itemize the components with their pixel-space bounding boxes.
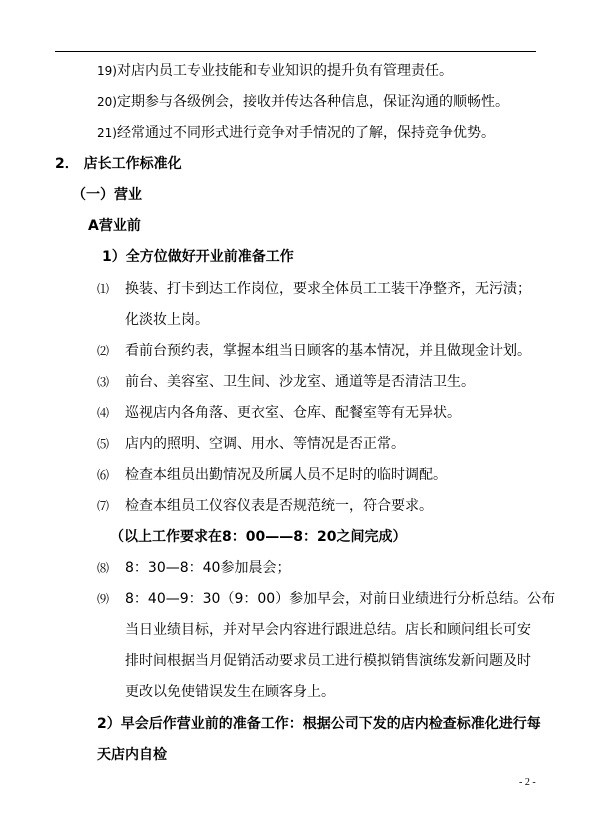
- task-number: ⑹: [97, 466, 125, 484]
- task-text: 前台、美容室、卫生间、沙龙室、通道等是否清洁卫生。: [125, 374, 475, 390]
- task-item: ⑴换装、打卡到达工作岗位，要求全体员工工装干净整齐，无污渍；: [97, 280, 531, 298]
- task-item: ⑶前台、美容室、卫生间、沙龙室、通道等是否清洁卫生。: [97, 373, 475, 391]
- task-item: ⑺检查本组员工仪容仪表是否规范统一，符合要求。: [97, 497, 433, 515]
- list-item-text: 对店内员工专业技能和专业知识的提升负有管理责任。: [117, 63, 453, 79]
- task-number: ⑼: [97, 590, 125, 608]
- task-heading: 2）早会后作营业前的准备工作：根据公司下发的店内检查标准化进行每: [97, 715, 541, 733]
- task-text: 8：40—9：30（9：00）参加早会，对前日业绩进行分析总结。公布: [125, 591, 555, 607]
- list-item: 19)对店内员工专业技能和专业知识的提升负有管理责任。: [97, 62, 453, 80]
- sub-subsection-heading: A营业前: [88, 217, 141, 235]
- task-number: ⑸: [97, 435, 125, 453]
- task-item: ⑼8：40—9：30（9：00）参加早会，对前日业绩进行分析总结。公布: [97, 590, 555, 608]
- task-number: ⑶: [97, 373, 125, 391]
- list-item-number: 20): [97, 95, 117, 109]
- task-heading: 1）全方位做好开业前准备工作: [102, 248, 294, 266]
- task-text: 检查本组员出勤情况及所属人员不足时的临时调配。: [125, 467, 447, 483]
- task-number: ⑻: [97, 559, 125, 577]
- task-item: ⑻8：30—8：40参加晨会；: [97, 559, 290, 577]
- header-rule: [55, 51, 536, 52]
- list-item: 20)定期参与各级例会，接收并传达各种信息，保证沟通的顺畅性。: [97, 93, 509, 111]
- task-item: ⑷巡视店内各角落、更衣室、仓库、配餐室等有无异状。: [97, 404, 461, 422]
- page-number: - 2 -: [519, 777, 536, 789]
- task-item-continuation: 更改以免使错误发生在顾客身上。: [125, 683, 335, 701]
- task-text: 8：30—8：40参加晨会；: [125, 560, 290, 576]
- task-item-continuation: 当日业绩目标，并对早会内容进行跟进总结。店长和顾问组长可安: [125, 621, 531, 639]
- document-page: 19)对店内员工专业技能和专业知识的提升负有管理责任。 20)定期参与各级例会，…: [0, 0, 590, 839]
- task-number: ⑺: [97, 497, 125, 515]
- list-item-text: 定期参与各级例会，接收并传达各种信息，保证沟通的顺畅性。: [117, 94, 509, 110]
- list-item-number: 19): [97, 64, 117, 78]
- task-item: ⑸店内的照明、空调、用水、等情况是否正常。: [97, 435, 405, 453]
- task-text: 看前台预约表，掌握本组当日顾客的基本情况，并且做现金计划。: [125, 343, 531, 359]
- task-number: ⑷: [97, 404, 125, 422]
- list-item-number: 21): [97, 126, 117, 140]
- task-text: 巡视店内各角落、更衣室、仓库、配餐室等有无异状。: [125, 405, 461, 421]
- task-text: 店内的照明、空调、用水、等情况是否正常。: [125, 436, 405, 452]
- task-text: 检查本组员工仪容仪表是否规范统一，符合要求。: [125, 498, 433, 514]
- section-heading: 2． 店长工作标准化: [55, 155, 182, 173]
- task-number: ⑴: [97, 280, 125, 298]
- task-text: 换装、打卡到达工作岗位，要求全体员工工装干净整齐，无污渍；: [125, 281, 531, 297]
- subsection-heading: （一）营业: [72, 186, 142, 204]
- task-heading-continuation: 天店内自检: [97, 746, 167, 764]
- time-note: （以上工作要求在8：00——8：20之间完成）: [110, 528, 406, 546]
- list-item-text: 经常通过不同形式进行竞争对手情况的了解，保持竞争优势。: [117, 125, 495, 141]
- list-item: 21)经常通过不同形式进行竞争对手情况的了解，保持竞争优势。: [97, 124, 495, 142]
- task-item: ⑹检查本组员出勤情况及所属人员不足时的临时调配。: [97, 466, 447, 484]
- task-item: ⑵看前台预约表，掌握本组当日顾客的基本情况，并且做现金计划。: [97, 342, 531, 360]
- task-number: ⑵: [97, 342, 125, 360]
- task-item-continuation: 化淡妆上岗。: [125, 311, 209, 329]
- task-item-continuation: 排时间根据当月促销活动要求员工进行模拟销售演练发新问题及时: [125, 652, 531, 670]
